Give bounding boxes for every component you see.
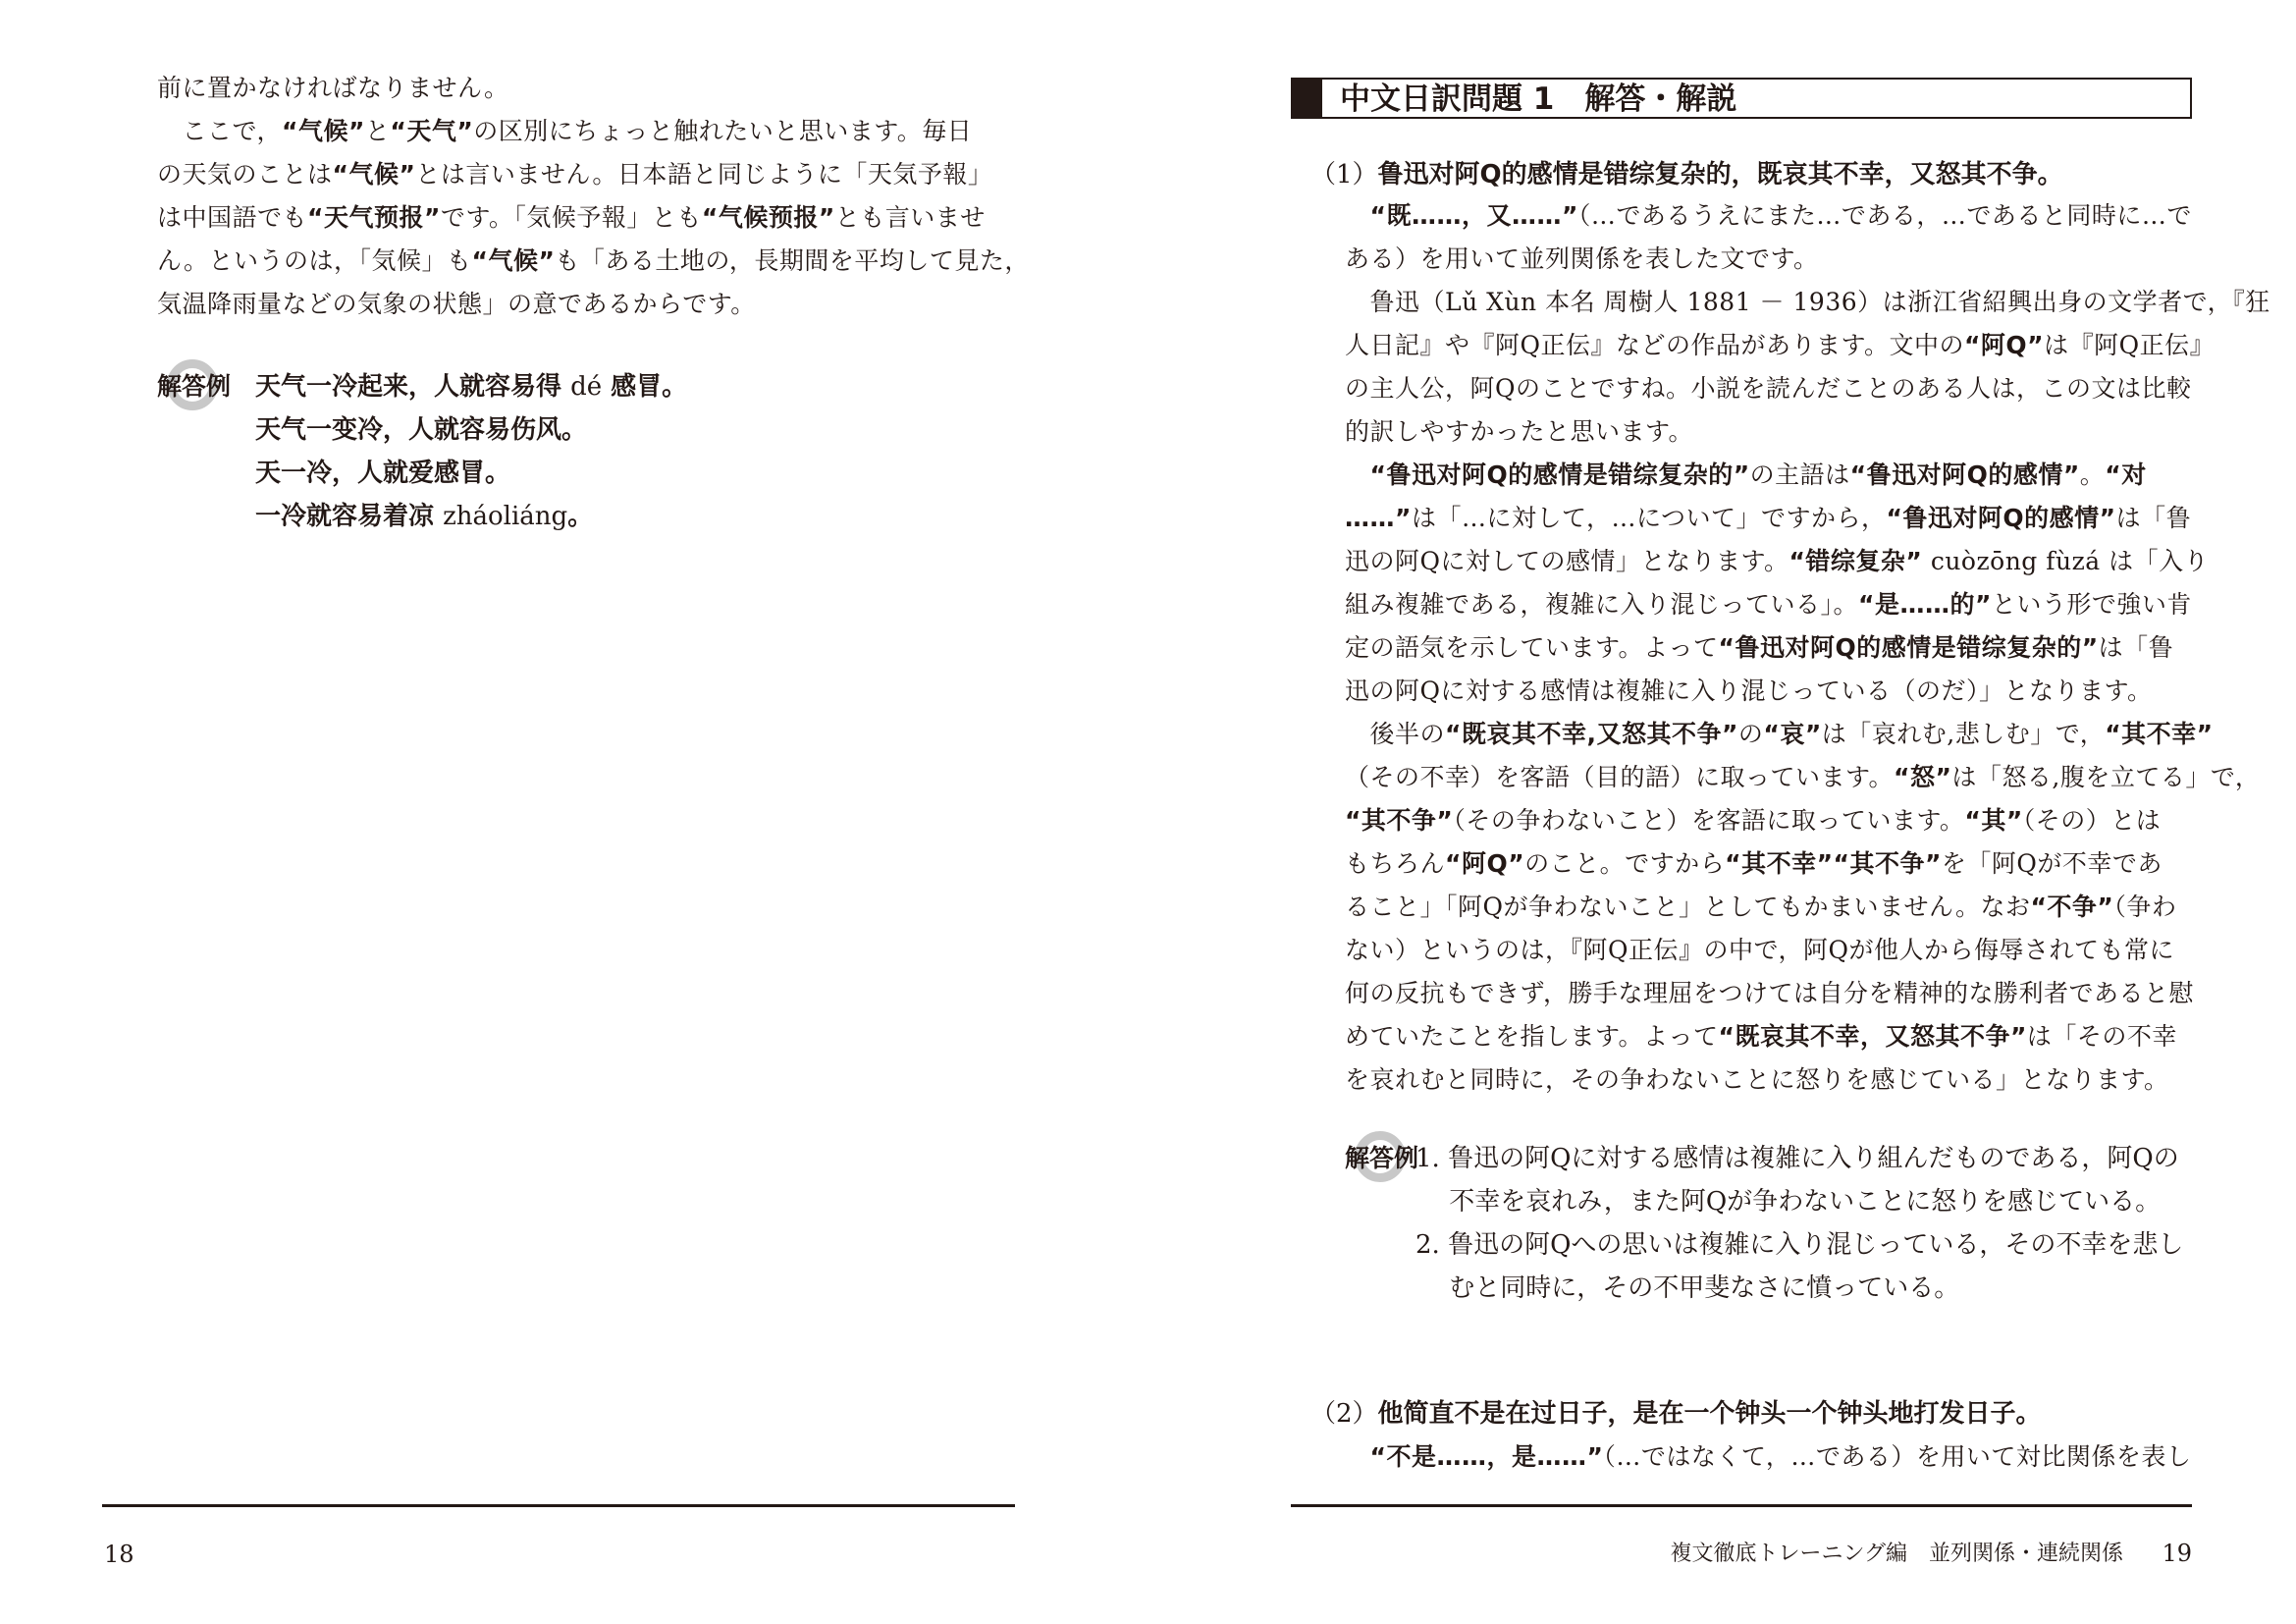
question-1-sentence: 鲁迅对阿Q的感情是错综复杂的，既哀其不幸，又怒其不争。 <box>1378 160 2063 189</box>
header-block-icon <box>1291 78 1322 119</box>
left-page: 前に置かなければなりません。 ここで，“气候”と“天气”の区別にちょっと触れたい… <box>0 0 1148 1624</box>
bold-term: “既哀其不幸,又怒其不争” <box>1445 720 1738 748</box>
pinyin-text: zháoliáng <box>443 502 567 531</box>
text-run: 鲁迅（Lǔ Xùn 本名 周樹人 1881 － 1936）は浙江省紹興出身の文学… <box>1345 288 2270 316</box>
bold-term: “其不争” <box>1345 806 1453 835</box>
bold-term: “气候” <box>282 117 365 145</box>
text-run: を哀れむと同時に，その争わないことに怒りを感じている」となります。 <box>1345 1065 2169 1094</box>
bold-term: “气候” <box>333 160 416 189</box>
text-line: 鲁迅（Lǔ Xùn 本名 周樹人 1881 － 1936）は浙江省紹興出身の文学… <box>1345 281 2270 324</box>
text-line: は中国語でも“天气预报”です。「気候予報」とも“气候预报”とも言いませ <box>157 196 1030 240</box>
text-run: と <box>365 117 391 145</box>
text-run <box>1345 1442 1370 1471</box>
bold-term: “鲁迅对阿Q的感情” <box>1886 504 2115 532</box>
text-line: 一冷就容易着凉 zháoliáng。 <box>255 495 687 538</box>
text-run: 天气一变冷，人就容易伤风。 <box>255 415 587 445</box>
page-number-left: 18 <box>104 1540 134 1569</box>
text-run: の天気のことは <box>157 160 333 189</box>
bold-term: “气候” <box>472 246 556 275</box>
bold-term: “鲁迅对阿Q的感情” <box>1850 460 2080 489</box>
bold-term: “气候预报” <box>702 203 835 232</box>
text-run: もちろん <box>1345 849 1445 878</box>
bold-term: “阿Q” <box>1964 331 2044 359</box>
text-run: （…ではなくて，…である）を用いて対比関係を表し <box>1603 1442 2191 1471</box>
text-run: 天气一冷起来，人就容易得 <box>255 372 570 402</box>
question-1-explanation: “既……，又……”（…であるうえにまた…である，…であると同時に…である）を用い… <box>1345 194 2270 1102</box>
bold-term: “既哀其不幸，又怒其不争” <box>1719 1022 2027 1051</box>
bold-term: “不争” <box>2031 893 2114 921</box>
text-run: （その争わないこと）を客語に取っています。 <box>1453 806 1964 835</box>
bold-term: “不是……，是……” <box>1370 1442 1604 1471</box>
footer-rule-left <box>102 1504 1015 1507</box>
text-run: 。 <box>2080 460 2106 489</box>
text-line: “不是……，是……”（…ではなくて，…である）を用いて対比関係を表し <box>1345 1435 2191 1479</box>
bold-term: “既……，又……” <box>1370 201 1578 230</box>
text-run: です。「気候予報」とも <box>441 203 702 232</box>
text-run: ここで， <box>157 117 282 145</box>
text-run: という形で強い肯 <box>1992 590 2192 619</box>
left-body-text: 前に置かなければなりません。 ここで，“气候”と“天气”の区別にちょっと触れたい… <box>157 67 1030 326</box>
text-run: は『阿Q正伝』 <box>2044 331 2215 359</box>
text-run: cuòzōng fùzá は「入り <box>1922 547 2209 575</box>
text-line: めていたことを指します。よって“既哀其不幸，又怒其不争”は「その不幸 <box>1345 1015 2270 1058</box>
text-line: ……”は「…に対して，…について」ですから，“鲁迅对阿Q的感情”は「鲁 <box>1345 497 2270 540</box>
bold-term: “怒” <box>1894 763 1951 791</box>
text-line: ること」「阿Qが争わないこと」としてもかまいません。なお“不争”（争わ <box>1345 886 2270 929</box>
bold-term: “鲁迅对阿Q的感情是错综复杂的” <box>1370 460 1750 489</box>
text-run: は「その不幸 <box>2027 1022 2177 1051</box>
text-line: 的訳しやすかったと思います。 <box>1345 410 2270 454</box>
text-line: 後半の“既哀其不幸,又怒其不争”の“哀”は「哀れむ,悲しむ」で，“其不幸” <box>1345 713 2270 756</box>
running-head: 複文徹底トレーニング編 並列関係・連続関係 <box>1670 1540 2123 1569</box>
text-run: 。 <box>567 502 593 531</box>
text-line: 迅の阿Qに対する感情は複雑に入り混じっている（のだ）」となります。 <box>1345 670 2270 713</box>
text-run: （その）とは <box>2023 806 2162 835</box>
text-run: （その不幸）を客語（目的語）に取っています。 <box>1345 763 1894 791</box>
text-run: は「鲁 <box>2116 504 2192 532</box>
question-2-explanation: “不是……，是……”（…ではなくて，…である）を用いて対比関係を表し <box>1345 1435 2191 1479</box>
text-line: “既……，又……”（…であるうえにまた…である，…であると同時に…で <box>1345 194 2270 238</box>
text-line: 何の反抗もできず，勝手な理屈をつけては自分を精神的な勝利者であると慰 <box>1345 972 2270 1015</box>
text-line: “其不争”（その争わないこと）を客語に取っています。“其”（その）とは <box>1345 799 2270 842</box>
bold-term: “阿Q” <box>1445 849 1524 878</box>
text-run: の主人公，阿Qのことですね。小説を読んだことのある人は，この文は比較 <box>1345 374 2192 403</box>
section-title: 中文日訳問題 1 解答・解説 <box>1340 80 1736 117</box>
text-run: 後半の <box>1345 720 1445 748</box>
text-run: 一冷就容易着凉 <box>255 502 443 531</box>
text-line: 前に置かなければなりません。 <box>157 67 1030 110</box>
text-run: 前に置かなければなりません。 <box>157 74 509 102</box>
bold-term: “对 <box>2105 460 2146 489</box>
text-run: （…であるうえにまた…である，…であると同時に…で <box>1578 201 2192 230</box>
text-run: めていたことを指します。よって <box>1345 1022 1719 1051</box>
text-run: 的訳しやすかったと思います。 <box>1345 417 1693 446</box>
bold-term: “哀” <box>1763 720 1821 748</box>
text-run: は中国語でも <box>157 203 307 232</box>
text-run: 気温降雨量などの気象の状態」の意であるからです。 <box>157 290 756 318</box>
bold-term: “天气” <box>390 117 473 145</box>
text-run: とは言いません。日本語と同じように「天気予報」 <box>415 160 992 189</box>
text-line: 人日記』や『阿Q正伝』などの作品があります。文中の“阿Q”は『阿Q正伝』 <box>1345 324 2270 367</box>
section-header: 中文日訳問題 1 解答・解説 <box>1291 78 2192 119</box>
text-run: のこと。ですから <box>1524 849 1725 878</box>
text-run: 天一冷，人就爱感冒。 <box>255 459 510 488</box>
question-1-heading: （1）鲁迅对阿Q的感情是错综复杂的，既哀其不幸，又怒其不争。 <box>1310 155 2063 194</box>
text-run: ある）を用いて並列関係を表した文です。 <box>1345 244 1819 273</box>
text-line: ある）を用いて並列関係を表した文です。 <box>1345 238 2270 281</box>
text-line: 天气一冷起来，人就容易得 dé 感冒。 <box>255 365 687 408</box>
text-run: とも言いませ <box>835 203 986 232</box>
text-run: は「…に対して，…について」ですから， <box>1412 504 1887 532</box>
question-2-number: （2） <box>1310 1399 1378 1429</box>
question-2-heading: （2）他简直不是在过日子，是在一个钟头一个钟头地打发日子。 <box>1310 1394 2042 1434</box>
answer-example-lines: 1. 鲁迅の阿Qに対する感情は複雑に入り組んだものである，阿Qの 不幸を哀れみ，… <box>1415 1137 2183 1310</box>
text-line: 迅の阿Qに対しての感情」となります。“错综复杂” cuòzōng fùzá は「… <box>1345 540 2270 583</box>
text-line: 組み複雑である，複雑に入り混じっている」。“是……的”という形で強い肯 <box>1345 583 2270 626</box>
page-number-right: 19 <box>2162 1539 2192 1568</box>
text-run: の <box>1738 720 1764 748</box>
right-page: 中文日訳問題 1 解答・解説 （1）鲁迅对阿Q的感情是错综复杂的，既哀其不幸，又… <box>1148 0 2296 1624</box>
text-line: （その不幸）を客語（目的語）に取っています。“怒”は「怒る,腹を立てる」で， <box>1345 756 2270 799</box>
answer-example-label: 解答例 <box>157 365 231 408</box>
text-run <box>1345 201 1370 230</box>
text-run: 迅の阿Qに対しての感情」となります。 <box>1345 547 1789 575</box>
text-run: ない）というのは，『阿Q正伝』の中で，阿Qが他人から侮辱されても常に <box>1345 936 2174 964</box>
text-line: もちろん“阿Q”のこと。ですから“其不幸”“其不争”を「阿Qが不幸であ <box>1345 842 2270 886</box>
text-line: ない）というのは，『阿Q正伝』の中で，阿Qが他人から侮辱されても常に <box>1345 929 2270 972</box>
bold-term: ……” <box>1345 504 1412 532</box>
answer-line: 1. 鲁迅の阿Qに対する感情は複雑に入り組んだものである，阿Qの <box>1415 1137 2183 1180</box>
text-run: 定の語気を示しています。よって <box>1345 633 1719 662</box>
bold-term: “其” <box>1964 806 2022 835</box>
answer-line: 不幸を哀れみ，また阿Qが争わないことに怒りを感じている。 <box>1415 1180 2183 1223</box>
text-line: 気温降雨量などの気象の状態」の意であるからです。 <box>157 283 1030 326</box>
answer-line: むと同時に，その不甲斐なさに憤っている。 <box>1415 1267 2183 1310</box>
footer-rule-right <box>1291 1504 2192 1507</box>
bold-term: “是……的” <box>1858 590 1992 619</box>
text-run: の区別にちょっと触れたいと思います。毎日 <box>473 117 972 145</box>
text-run: 組み複雑である，複雑に入り混じっている」。 <box>1345 590 1858 619</box>
answer-example-lines: 天气一冷起来，人就容易得 dé 感冒。天气一变冷，人就容易伤风。天一冷，人就爱感… <box>255 365 687 538</box>
pinyin-text: dé <box>570 372 602 402</box>
text-run: の主語は <box>1750 460 1850 489</box>
bold-term: “天气预报” <box>307 203 441 232</box>
text-run: 何の反抗もできず，勝手な理屈をつけては自分を精神的な勝利者であると慰 <box>1345 979 2194 1007</box>
bold-term: “其不幸” <box>2105 720 2213 748</box>
text-run: は「哀れむ,悲しむ」で， <box>1822 720 2105 748</box>
text-line: の天気のことは“气候”とは言いません。日本語と同じように「天気予報」 <box>157 153 1030 196</box>
text-line: 天气一变冷，人就容易伤风。 <box>255 408 687 452</box>
text-run: ん。というのは，「気候」も <box>157 246 472 275</box>
text-run <box>1345 460 1370 489</box>
text-run: 迅の阿Qに対する感情は複雑に入り混じっている（のだ）」となります。 <box>1345 677 2153 705</box>
question-1-number: （1） <box>1310 160 1378 189</box>
text-run: ること」「阿Qが争わないこと」としてもかまいません。なお <box>1345 893 2031 921</box>
text-line: 天一冷，人就爱感冒。 <box>255 452 687 495</box>
text-run: 感冒。 <box>602 372 687 402</box>
text-run: 人日記』や『阿Q正伝』などの作品があります。文中の <box>1345 331 1964 359</box>
text-run: も「ある土地の，長期間を平均して見た， <box>555 246 1030 275</box>
answer-example-label: 解答例 <box>1345 1137 1418 1180</box>
question-2-sentence: 他简直不是在过日子，是在一个钟头一个钟头地打发日子。 <box>1378 1399 2042 1429</box>
bold-term: “错综复杂” <box>1789 547 1923 575</box>
bold-term: “鲁迅对阿Q的感情是错综复杂的” <box>1719 633 2099 662</box>
text-run: を「阿Qが不幸であ <box>1942 849 2163 878</box>
text-line: 定の語気を示しています。よって“鲁迅对阿Q的感情是错综复杂的”は「鲁 <box>1345 626 2270 670</box>
text-line: の主人公，阿Qのことですね。小説を読んだことのある人は，この文は比較 <box>1345 367 2270 410</box>
text-line: ん。というのは，「気候」も“气候”も「ある土地の，長期間を平均して見た， <box>157 240 1030 283</box>
text-line: ここで，“气候”と“天气”の区別にちょっと触れたいと思います。毎日 <box>157 110 1030 153</box>
text-run: は「鲁 <box>2099 633 2174 662</box>
bold-term: “其不幸”“其不争” <box>1725 849 1942 878</box>
text-line: を哀れむと同時に，その争わないことに怒りを感じている」となります。 <box>1345 1058 2270 1102</box>
text-run: は「怒る,腹を立てる」で， <box>1951 763 2260 791</box>
text-line: “鲁迅对阿Q的感情是错综复杂的”の主語は“鲁迅对阿Q的感情”。“对 <box>1345 454 2270 497</box>
text-run: （争わ <box>2113 893 2176 921</box>
answer-line: 2. 鲁迅の阿Qへの思いは複雑に入り混じっている，その不幸を悲し <box>1415 1223 2183 1267</box>
